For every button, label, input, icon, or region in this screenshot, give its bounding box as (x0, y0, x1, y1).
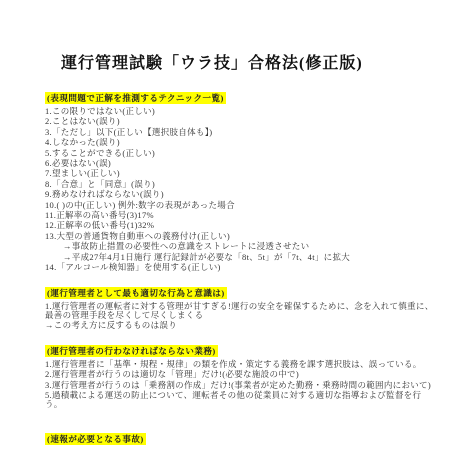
page-title: 運行管理試験「ウラ技」合格法(修正版) (61, 50, 435, 73)
section: (速報が必要となる事故) (45, 432, 435, 445)
text-line: 3.運行管理者が行うのは「乗務割の作成」だけ!(事業者が定めた勤務・乗務時間の範… (45, 381, 435, 390)
text-line: 5.することができる(正しい) (45, 149, 435, 158)
text-line: →平成27年4月1日施行 運行記録計が必要な「8t、5t」が「7t、4t」に拡大 (45, 253, 435, 262)
text-line: →事故防止措置の必要性への意識をストレートに浸透させたい (45, 242, 435, 251)
sections: (表現問題で正解を推測するテクニック一覧)1.この限りではない(正しい)2.こと… (45, 91, 435, 445)
highlighted-heading-text: (表現問題で正解を推測するテクニック一覧) (45, 92, 226, 104)
highlighted-heading-text: (運行管理者として最も適切な行為と意識は) (45, 287, 227, 299)
text-line: 12.正解率の低い番号(1)32% (45, 221, 435, 230)
text-line: →この考え方に反するものは誤り (45, 321, 435, 330)
text-line: 2.ことはない(誤り) (45, 117, 435, 126)
section-heading: (速報が必要となる事故) (45, 432, 435, 445)
text-line: 5.過積載による運送の防止について、運転者その他の従業員に対する適切な指導および… (45, 391, 435, 410)
section-heading: (運行管理者の行わなければならない業務) (45, 344, 435, 357)
section-heading: (運行管理者として最も適切な行為と意識は) (45, 286, 435, 299)
text-line: 1.運行管理者の運転者に対する管理が甘すぎる!運行の安全を確保するために、念を入… (45, 302, 435, 321)
text-line: 11.正解率の高い番号(3)17% (45, 211, 435, 220)
highlighted-heading-text: (速報が必要となる事故) (45, 433, 146, 445)
text-line: 1.運行管理者に「基準・規程・規律」の類を作成・策定する義務を課す選択肢は、誤っ… (45, 360, 435, 369)
section-heading: (表現問題で正解を推測するテクニック一覧) (45, 91, 435, 104)
text-line: 4.しなかった(誤り) (45, 138, 435, 147)
text-line: 7.望ましい(正しい) (45, 169, 435, 178)
text-line: 1.この限りではない(正しい) (45, 107, 435, 116)
text-line: 14.「アルコール検知器」を使用する(正しい) (45, 263, 435, 272)
text-line: 9.務めなければならない(誤り) (45, 190, 435, 199)
text-line: 2.運行管理者が行うのは適切な「管理」だけ!(必要な施設の中で) (45, 370, 435, 379)
section: (運行管理者の行わなければならない業務)1.運行管理者に「基準・規程・規律」の類… (45, 344, 435, 410)
document-page: 運行管理試験「ウラ技」合格法(修正版) (表現問題で正解を推測するテクニック一覧… (0, 0, 453, 453)
section: (表現問題で正解を推測するテクニック一覧)1.この限りではない(正しい)2.こと… (45, 91, 435, 273)
highlighted-heading-text: (運行管理者の行わなければならない業務) (45, 345, 218, 357)
text-line: 8.「合意」と「同意」(誤り) (45, 180, 435, 189)
text-line: 6.必要はない(誤) (45, 159, 435, 168)
text-line: 10.( )の中(正しい) 例外:数字の表現があった場合 (45, 201, 435, 210)
section: (運行管理者として最も適切な行為と意識は)1.運行管理者の運転者に対する管理が甘… (45, 286, 435, 331)
text-line: 3.「ただし」以下(正しい【選択肢自体も】) (45, 128, 435, 137)
text-line: 13.大型の普通貨物自動車への義務付け(正しい) (45, 232, 435, 241)
